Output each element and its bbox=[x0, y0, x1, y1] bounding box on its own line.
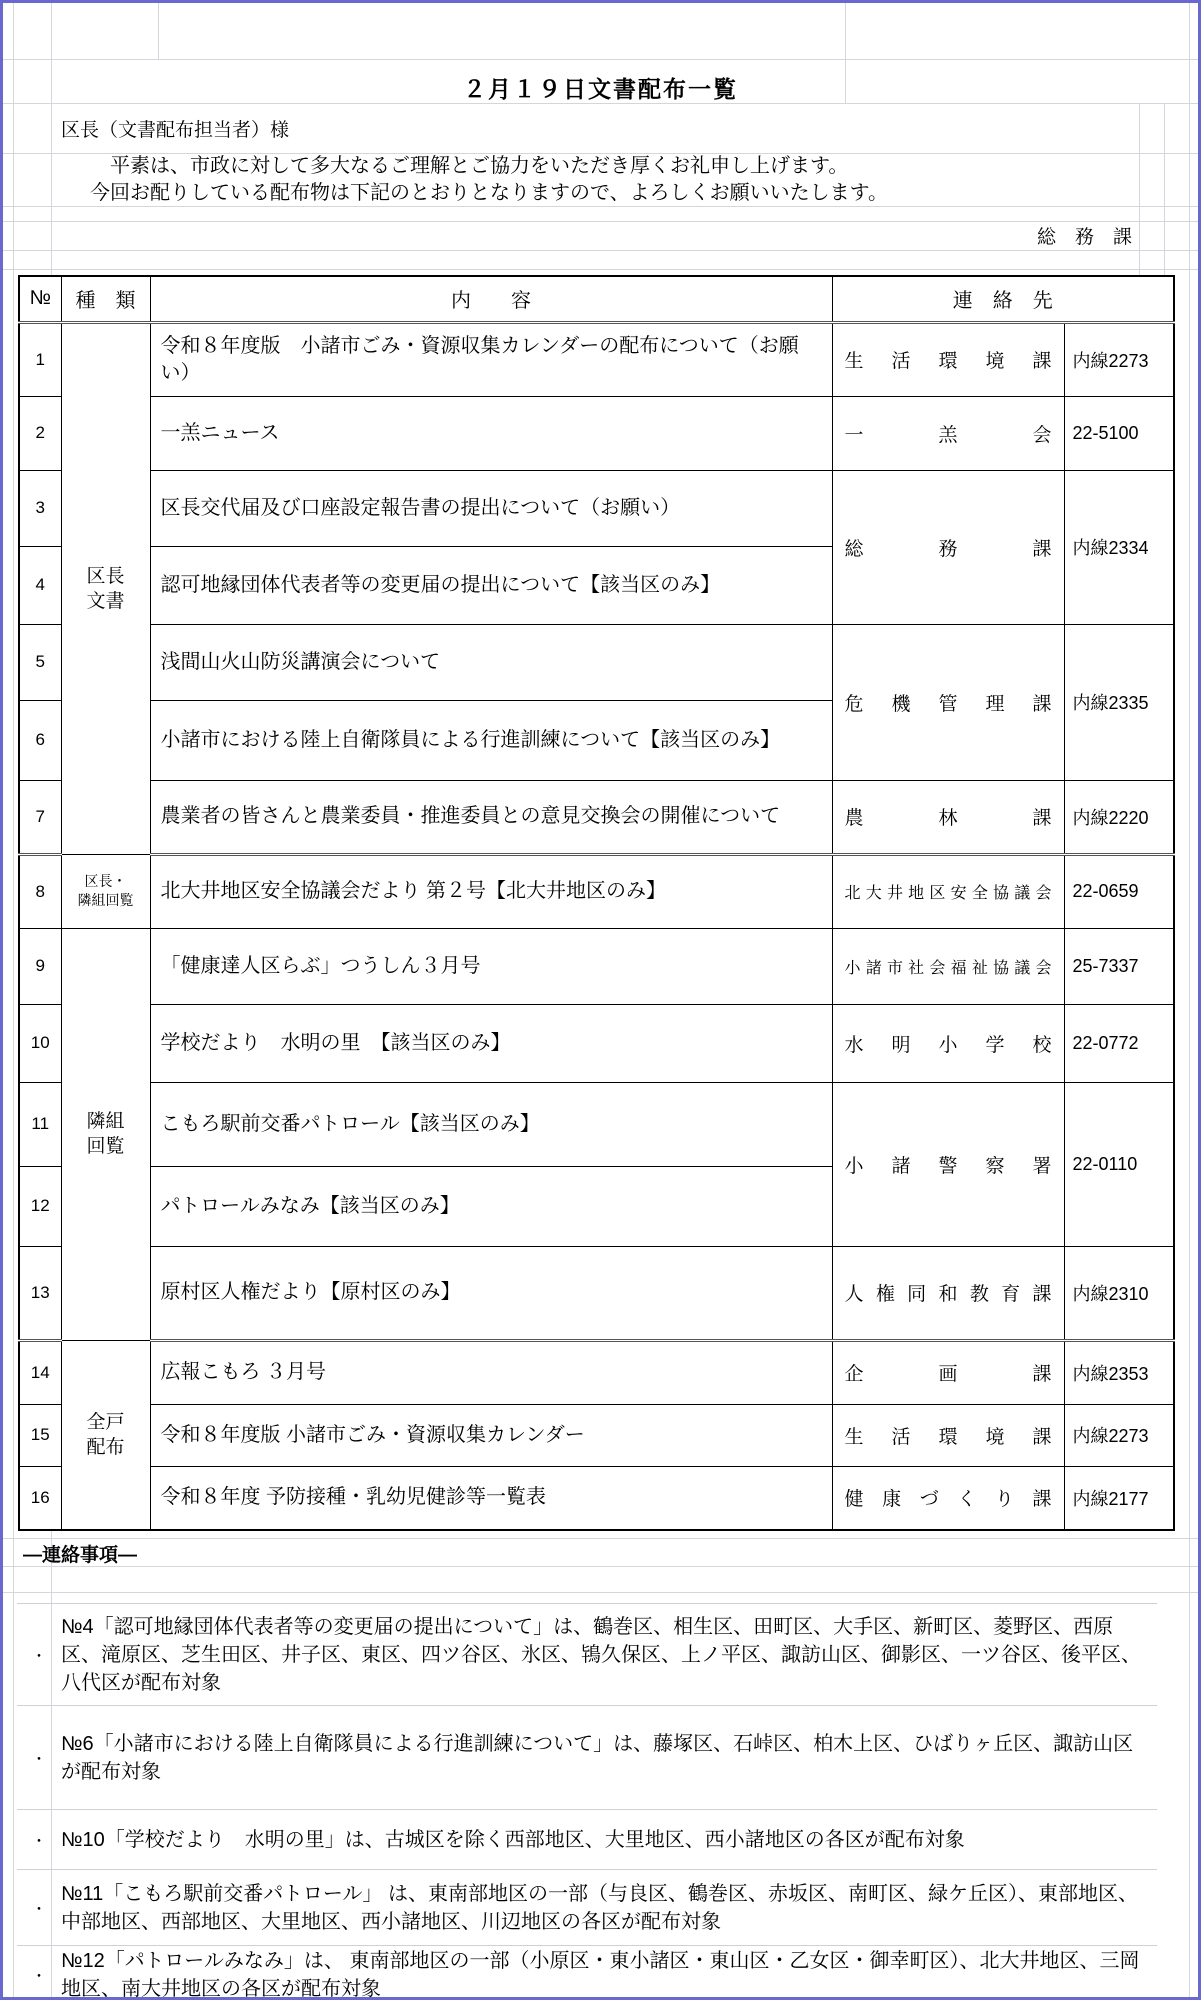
phone-cell: 内線2335 bbox=[1064, 624, 1174, 780]
note-bullet: ・ bbox=[17, 1830, 61, 1851]
department-char: 議 bbox=[1014, 955, 1030, 978]
note-text: №10「学校だより 水明の里」は、古城区を除く西部地区、大里地区、西小諸地区の各… bbox=[61, 1826, 1153, 1854]
category-line: 回覧 bbox=[63, 1134, 149, 1159]
issuer-department: 総 務 課 bbox=[1037, 222, 1132, 249]
greeting: 平素は、市政に対して多大なるご理解とご協力をいただき厚くお礼申し上げます。 今回… bbox=[90, 153, 888, 207]
department-char: 会 bbox=[1035, 955, 1051, 978]
note-bullet: ・ bbox=[17, 1748, 61, 1769]
row-number: 16 bbox=[19, 1466, 61, 1530]
department-char: 康 bbox=[882, 1484, 901, 1511]
row-number: 5 bbox=[19, 624, 61, 700]
category-cell: 区長文書 bbox=[61, 322, 150, 854]
content-cell: 北大井地区安全協議会だより 第２号【北大井地区のみ】 bbox=[150, 854, 832, 928]
department-name: 小諸市社会福祉協議会 bbox=[833, 955, 1064, 978]
department-cell: 水明小学校 bbox=[832, 1004, 1064, 1082]
department-char: 管 bbox=[938, 689, 957, 716]
gridline bbox=[3, 1538, 1198, 1539]
row-number: 4 bbox=[19, 546, 61, 624]
content-cell: パトロールみなみ【該当区のみ】 bbox=[150, 1166, 832, 1246]
department-char: 井 bbox=[887, 880, 903, 903]
department-char: 羔 bbox=[938, 420, 957, 447]
phone-cell: 22-0772 bbox=[1064, 1004, 1174, 1082]
department-char: 署 bbox=[1032, 1151, 1051, 1178]
department-name: 一羔会 bbox=[833, 420, 1064, 447]
department-cell: 総務課 bbox=[832, 470, 1064, 624]
table-row: 8区長・隣組回覧北大井地区安全協議会だより 第２号【北大井地区のみ】北大井地区安… bbox=[19, 854, 1174, 928]
department-char: 教 bbox=[970, 1279, 989, 1306]
department-char: 小 bbox=[845, 955, 861, 978]
table-row: 13原村区人権だより【原村区のみ】人権同和教育課内線2310 bbox=[19, 1246, 1174, 1340]
row-number: 8 bbox=[19, 854, 61, 928]
table-row: 16令和８年度 予防接種・乳幼児健診等一覧表健康づくり課内線2177 bbox=[19, 1466, 1174, 1530]
note-item: ・№4「認可地縁団体代表者等の変更届の提出について」は、鶴巻区、相生区、田町区、… bbox=[17, 1603, 1157, 1706]
phone-cell: 25-7337 bbox=[1064, 928, 1174, 1004]
department-char: 活 bbox=[891, 1422, 910, 1449]
phone-cell: 内線2310 bbox=[1064, 1246, 1174, 1340]
table-row: 1区長文書令和８年度版 小諸市ごみ・資源収集カレンダーの配布について（お願い）生… bbox=[19, 322, 1174, 396]
department-name: 健康づくり課 bbox=[833, 1484, 1064, 1511]
department-name: 生活環境課 bbox=[833, 1422, 1064, 1449]
phone-cell: 内線2177 bbox=[1064, 1466, 1174, 1530]
department-char: 市 bbox=[887, 955, 903, 978]
note-item: ・№6「小諸市における陸上自衛隊員による行進訓練について」は、藤塚区、石峠区、柏… bbox=[17, 1705, 1157, 1810]
department-char: 生 bbox=[845, 346, 864, 373]
row-number: 6 bbox=[19, 700, 61, 780]
department-char: 協 bbox=[993, 880, 1009, 903]
distribution-table: № 種 類 内 容 連 絡 先 1区長文書令和８年度版 小諸市ごみ・資源収集カレ… bbox=[18, 275, 1175, 1531]
salutation: 区長（文書配布担当者）様 bbox=[61, 115, 289, 142]
phone-cell: 22-5100 bbox=[1064, 396, 1174, 470]
category-line: 配布 bbox=[63, 1435, 149, 1460]
gridline bbox=[3, 59, 1198, 60]
content-cell: 原村区人権だより【原村区のみ】 bbox=[150, 1246, 832, 1340]
category-line: 区長 bbox=[63, 564, 149, 589]
department-char: 会 bbox=[1035, 880, 1051, 903]
table-row: 14全戸配布広報こもろ ３月号企画課内線2353 bbox=[19, 1340, 1174, 1404]
gridline bbox=[3, 1566, 1198, 1567]
department-char: 社 bbox=[908, 955, 924, 978]
row-number: 1 bbox=[19, 322, 61, 396]
note-item: ・№10「学校だより 水明の里」は、古城区を除く西部地区、大里地区、西小諸地区の… bbox=[17, 1809, 1157, 1870]
department-name: 北大井地区安全協議会 bbox=[833, 880, 1064, 903]
department-cell: 健康づくり課 bbox=[832, 1466, 1064, 1530]
row-number: 2 bbox=[19, 396, 61, 470]
gridline bbox=[3, 269, 1198, 270]
content-cell: 学校だより 水明の里 【該当区のみ】 bbox=[150, 1004, 832, 1082]
row-number: 7 bbox=[19, 780, 61, 854]
department-cell: 人権同和教育課 bbox=[832, 1246, 1064, 1340]
row-number: 3 bbox=[19, 470, 61, 546]
department-char: 権 bbox=[876, 1279, 895, 1306]
department-char: 会 bbox=[1032, 420, 1051, 447]
department-name: 人権同和教育課 bbox=[833, 1279, 1064, 1306]
category-line: 隣組回覧 bbox=[63, 891, 149, 910]
table-row: 9隣組回覧「健康達人区らぶ」つうしん３月号小諸市社会福祉協議会25-7337 bbox=[19, 928, 1174, 1004]
department-char: 校 bbox=[1032, 1030, 1051, 1057]
content-cell: 令和８年度 予防接種・乳幼児健診等一覧表 bbox=[150, 1466, 832, 1530]
gridline bbox=[1139, 103, 1140, 275]
content-cell: こもろ駅前交番パトロール【該当区のみ】 bbox=[150, 1082, 832, 1166]
content-cell: 一羔ニュース bbox=[150, 396, 832, 470]
note-item: ・№12「パトロールみなみ」は、 東南部地区の一部（小原区・東小諸区・東山区・乙… bbox=[17, 1945, 1157, 2000]
table-header-row: № 種 類 内 容 連 絡 先 bbox=[19, 276, 1174, 322]
department-char: 祉 bbox=[972, 955, 988, 978]
table-row: 10学校だより 水明の里 【該当区のみ】水明小学校22-0772 bbox=[19, 1004, 1174, 1082]
department-char: 課 bbox=[1032, 1279, 1051, 1306]
category-cell: 隣組回覧 bbox=[61, 928, 150, 1340]
department-cell: 生活環境課 bbox=[832, 1404, 1064, 1466]
department-char: 小 bbox=[845, 1151, 864, 1178]
category-line: 全戸 bbox=[63, 1410, 149, 1435]
department-char: 境 bbox=[985, 346, 1004, 373]
phone-cell: 内線2353 bbox=[1064, 1340, 1174, 1404]
row-number: 9 bbox=[19, 928, 61, 1004]
phone-cell: 22-0659 bbox=[1064, 854, 1174, 928]
table-row: 15令和８年度版 小諸市ごみ・資源収集カレンダー生活環境課内線2273 bbox=[19, 1404, 1174, 1466]
header-content: 内 容 bbox=[150, 276, 832, 322]
note-bullet: ・ bbox=[17, 1645, 61, 1666]
gridline bbox=[51, 3, 52, 275]
department-name: 農林課 bbox=[833, 803, 1064, 830]
category-line: 隣組 bbox=[63, 1109, 149, 1134]
department-cell: 小諸警察署 bbox=[832, 1082, 1064, 1246]
table-row: 5浅間山火山防災講演会について危機管理課内線2335 bbox=[19, 624, 1174, 700]
department-char: 地 bbox=[908, 880, 924, 903]
department-char: 課 bbox=[1032, 1359, 1051, 1386]
department-char: 大 bbox=[866, 880, 882, 903]
note-text: №11「こもろ駅前交番パトロール」 は、東南部地区の一部（与良区、鶴巻区、赤坂区… bbox=[61, 1880, 1153, 1936]
department-char: づ bbox=[920, 1484, 939, 1511]
phone-cell: 内線2220 bbox=[1064, 780, 1174, 854]
department-char: 環 bbox=[938, 1422, 957, 1449]
greeting-line-2: 今回お配りしている配布物は下記のとおりとなりますので、よろしくお願いいたします。 bbox=[90, 180, 888, 207]
department-char: 北 bbox=[845, 880, 861, 903]
content-cell: 区長交代届及び口座設定報告書の提出について（お願い） bbox=[150, 470, 832, 546]
department-char: 警 bbox=[938, 1151, 957, 1178]
department-char: 協 bbox=[993, 955, 1009, 978]
gridline bbox=[3, 1592, 1198, 1593]
phone-cell: 内線2273 bbox=[1064, 322, 1174, 396]
department-char: 福 bbox=[951, 955, 967, 978]
greeting-line-1: 平素は、市政に対して多大なるご理解とご協力をいただき厚くお礼申し上げます。 bbox=[90, 153, 888, 180]
department-cell: 農林課 bbox=[832, 780, 1064, 854]
distribution-table-body: 1区長文書令和８年度版 小諸市ごみ・資源収集カレンダーの配布について（お願い）生… bbox=[19, 322, 1174, 1530]
phone-cell: 内線2334 bbox=[1064, 470, 1174, 624]
table-row: 11こもろ駅前交番パトロール【該当区のみ】小諸警察署22-0110 bbox=[19, 1082, 1174, 1166]
notes-heading: ―連絡事項― bbox=[23, 1540, 137, 1567]
gridline bbox=[3, 221, 1198, 222]
content-cell: 認可地縁団体代表者等の変更届の提出について【該当区のみ】 bbox=[150, 546, 832, 624]
department-name: 総務課 bbox=[833, 534, 1064, 561]
department-char: 境 bbox=[985, 1422, 1004, 1449]
department-cell: 一羔会 bbox=[832, 396, 1064, 470]
row-number: 10 bbox=[19, 1004, 61, 1082]
department-cell: 北大井地区安全協議会 bbox=[832, 854, 1064, 928]
department-char: 林 bbox=[938, 803, 957, 830]
department-name: 小諸警察署 bbox=[833, 1151, 1064, 1178]
content-cell: 「健康達人区らぶ」つうしん３月号 bbox=[150, 928, 832, 1004]
content-cell: 小諸市における陸上自衛隊員による行進訓練について【該当区のみ】 bbox=[150, 700, 832, 780]
department-char: 和 bbox=[938, 1279, 957, 1306]
department-char: 同 bbox=[907, 1279, 926, 1306]
department-char: 諸 bbox=[866, 955, 882, 978]
gridline bbox=[13, 3, 14, 2000]
department-char: 諸 bbox=[891, 1151, 910, 1178]
department-char: 総 bbox=[845, 534, 864, 561]
department-char: 小 bbox=[938, 1030, 957, 1057]
department-char: 人 bbox=[845, 1279, 864, 1306]
department-char: 一 bbox=[845, 420, 864, 447]
phone-cell: 22-0110 bbox=[1064, 1082, 1174, 1246]
header-contact: 連 絡 先 bbox=[832, 276, 1174, 322]
department-char: 課 bbox=[1032, 803, 1051, 830]
department-name: 生活環境課 bbox=[833, 346, 1064, 373]
department-cell: 企画課 bbox=[832, 1340, 1064, 1404]
phone-cell: 内線2273 bbox=[1064, 1404, 1174, 1466]
department-char: 生 bbox=[845, 1422, 864, 1449]
department-name: 危機管理課 bbox=[833, 689, 1064, 716]
category-cell: 区長・隣組回覧 bbox=[61, 854, 150, 928]
note-text: №6「小諸市における陸上自衛隊員による行進訓練について」は、藤塚区、石峠区、柏木… bbox=[61, 1730, 1153, 1786]
department-char: 全 bbox=[972, 880, 988, 903]
category-line: 文書 bbox=[63, 589, 149, 614]
department-char: 議 bbox=[1014, 880, 1030, 903]
gridline bbox=[158, 3, 159, 59]
note-text: №4「認可地縁団体代表者等の変更届の提出について」は、鶴巻区、相生区、田町区、大… bbox=[61, 1613, 1153, 1697]
department-char: 区 bbox=[929, 880, 945, 903]
row-number: 13 bbox=[19, 1246, 61, 1340]
department-name: 企画課 bbox=[833, 1359, 1064, 1386]
department-char: 理 bbox=[985, 689, 1004, 716]
department-char: 課 bbox=[1032, 1484, 1051, 1511]
row-number: 14 bbox=[19, 1340, 61, 1404]
note-text: №12「パトロールみなみ」は、 東南部地区の一部（小原区・東小諸区・東山区・乙女… bbox=[61, 1947, 1153, 2000]
department-name: 水明小学校 bbox=[833, 1030, 1064, 1057]
department-cell: 生活環境課 bbox=[832, 322, 1064, 396]
department-char: 務 bbox=[938, 534, 957, 561]
department-char: 健 bbox=[845, 1484, 864, 1511]
department-char: 学 bbox=[985, 1030, 1004, 1057]
content-cell: 農業者の皆さんと農業委員・推進委員との意見交換会の開催について bbox=[150, 780, 832, 854]
gridline bbox=[1164, 103, 1165, 275]
department-char: 農 bbox=[845, 803, 864, 830]
department-char: り bbox=[995, 1484, 1014, 1511]
department-char: 水 bbox=[845, 1030, 864, 1057]
row-number: 12 bbox=[19, 1166, 61, 1246]
department-cell: 危機管理課 bbox=[832, 624, 1064, 780]
note-bullet: ・ bbox=[17, 1965, 61, 1986]
header-no: № bbox=[19, 276, 61, 322]
department-char: 環 bbox=[938, 346, 957, 373]
category-line: 区長・ bbox=[63, 872, 149, 891]
department-char: 危 bbox=[845, 689, 864, 716]
department-char: 課 bbox=[1032, 1422, 1051, 1449]
row-number: 15 bbox=[19, 1404, 61, 1466]
department-char: 画 bbox=[938, 1359, 957, 1386]
department-char: 企 bbox=[845, 1359, 864, 1386]
gridline bbox=[1189, 3, 1190, 2000]
table-row: 3区長交代届及び口座設定報告書の提出について（お願い）総務課内線2334 bbox=[19, 470, 1174, 546]
department-char: 課 bbox=[1032, 534, 1051, 561]
content-cell: 広報こもろ ３月号 bbox=[150, 1340, 832, 1404]
table-row: 7農業者の皆さんと農業委員・推進委員との意見交換会の開催について農林課内線222… bbox=[19, 780, 1174, 854]
department-char: 察 bbox=[985, 1151, 1004, 1178]
row-number: 11 bbox=[19, 1082, 61, 1166]
document-page: ２月１９日文書配布一覧 区長（文書配布担当者）様 平素は、市政に対して多大なるご… bbox=[0, 0, 1201, 2000]
department-char: 育 bbox=[1001, 1279, 1020, 1306]
gridline bbox=[3, 250, 1198, 251]
page-title: ２月１９日文書配布一覧 bbox=[3, 71, 1198, 104]
content-cell: 令和８年度版 小諸市ごみ・資源収集カレンダー bbox=[150, 1404, 832, 1466]
category-cell: 全戸配布 bbox=[61, 1340, 150, 1530]
department-char: 明 bbox=[891, 1030, 910, 1057]
department-char: 活 bbox=[891, 346, 910, 373]
department-char: く bbox=[957, 1484, 976, 1511]
content-cell: 浅間山火山防災講演会について bbox=[150, 624, 832, 700]
note-bullet: ・ bbox=[17, 1898, 61, 1919]
department-char: 課 bbox=[1032, 346, 1051, 373]
department-char: 安 bbox=[951, 880, 967, 903]
content-cell: 令和８年度版 小諸市ごみ・資源収集カレンダーの配布について（お願い） bbox=[150, 322, 832, 396]
department-char: 機 bbox=[891, 689, 910, 716]
note-item: ・№11「こもろ駅前交番パトロール」 は、東南部地区の一部（与良区、鶴巻区、赤坂… bbox=[17, 1869, 1157, 1946]
table-row: 2一羔ニュース一羔会22-5100 bbox=[19, 396, 1174, 470]
department-cell: 小諸市社会福祉協議会 bbox=[832, 928, 1064, 1004]
department-char: 課 bbox=[1032, 689, 1051, 716]
header-kind: 種 類 bbox=[61, 276, 150, 322]
department-char: 会 bbox=[929, 955, 945, 978]
